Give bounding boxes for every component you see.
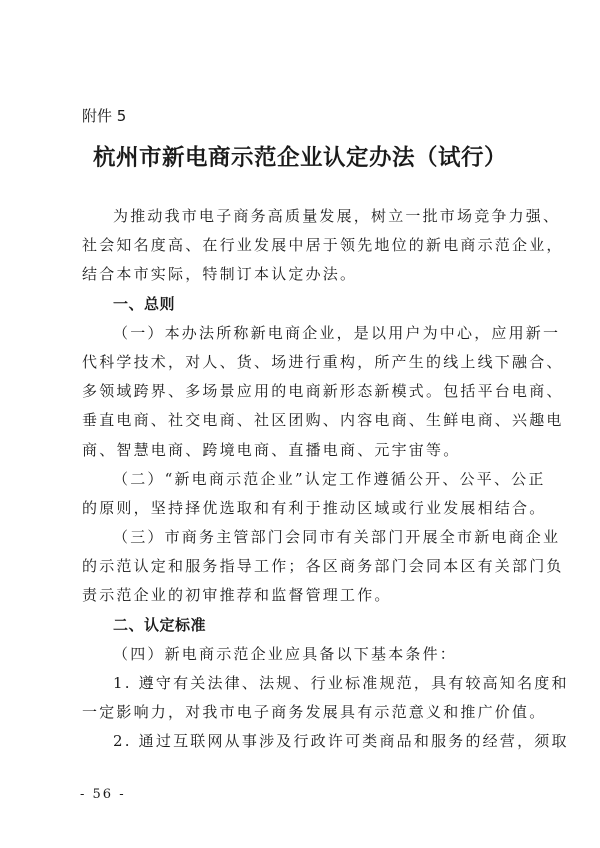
section-heading: 一、总则	[82, 290, 522, 319]
paragraph-line: 代科学技术，对人、货、场进行重构，所产生的线上线下融合、	[82, 348, 522, 377]
paragraph-line: 一定影响力，对我市电子商务发展具有示范意义和推广价值。	[82, 698, 522, 727]
paragraph-line: （三）市商务主管部门会同市有关部门开展全市新电商企业	[82, 523, 522, 552]
paragraph-line: （四）新电商示范企业应具备以下基本条件：	[82, 640, 522, 669]
paragraph-line: 的原则，坚持择优选取和有利于推动区域或行业发展相结合。	[82, 494, 522, 523]
paragraph-line: 商、智慧电商、跨境电商、直播电商、元宇宙等。	[82, 436, 522, 465]
section-heading: 二、认定标准	[82, 611, 522, 640]
paragraph-line: 垂直电商、社交电商、社区团购、内容电商、生鲜电商、兴趣电	[82, 406, 522, 435]
page-number: - 56 -	[80, 787, 126, 802]
paragraph-line: 社会知名度高、在行业发展中居于领先地位的新电商示范企业，	[82, 231, 522, 260]
paragraph-line: 的示范认定和服务指导工作；各区商务部门会同本区有关部门负	[82, 552, 522, 581]
paragraph-line: （二）“新电商示范企业”认定工作遵循公开、公平、公正	[82, 465, 522, 494]
paragraph-line: 为推动我市电子商务高质量发展，树立一批市场竞争力强、	[82, 202, 522, 231]
annex-label: 附件 5	[82, 105, 126, 126]
document-title: 杭州市新电商示范企业认定办法（试行）	[0, 140, 600, 172]
paragraph-line: 责示范企业的初审推荐和监督管理工作。	[82, 581, 522, 610]
paragraph-line: 结合本市实际，特制订本认定办法。	[82, 260, 522, 289]
paragraph-line: 1. 遵守有关法律、法规、行业标准规范，具有较高知名度和	[82, 669, 522, 698]
paragraph-line: 2. 通过互联网从事涉及行政许可类商品和服务的经营，须取	[82, 727, 522, 756]
document-body: 为推动我市电子商务高质量发展，树立一批市场竞争力强、社会知名度高、在行业发展中居…	[82, 202, 522, 757]
paragraph-line: 多领域跨界、多场景应用的电商新形态新模式。包括平台电商、	[82, 377, 522, 406]
paragraph-line: （一）本办法所称新电商企业，是以用户为中心，应用新一	[82, 319, 522, 348]
